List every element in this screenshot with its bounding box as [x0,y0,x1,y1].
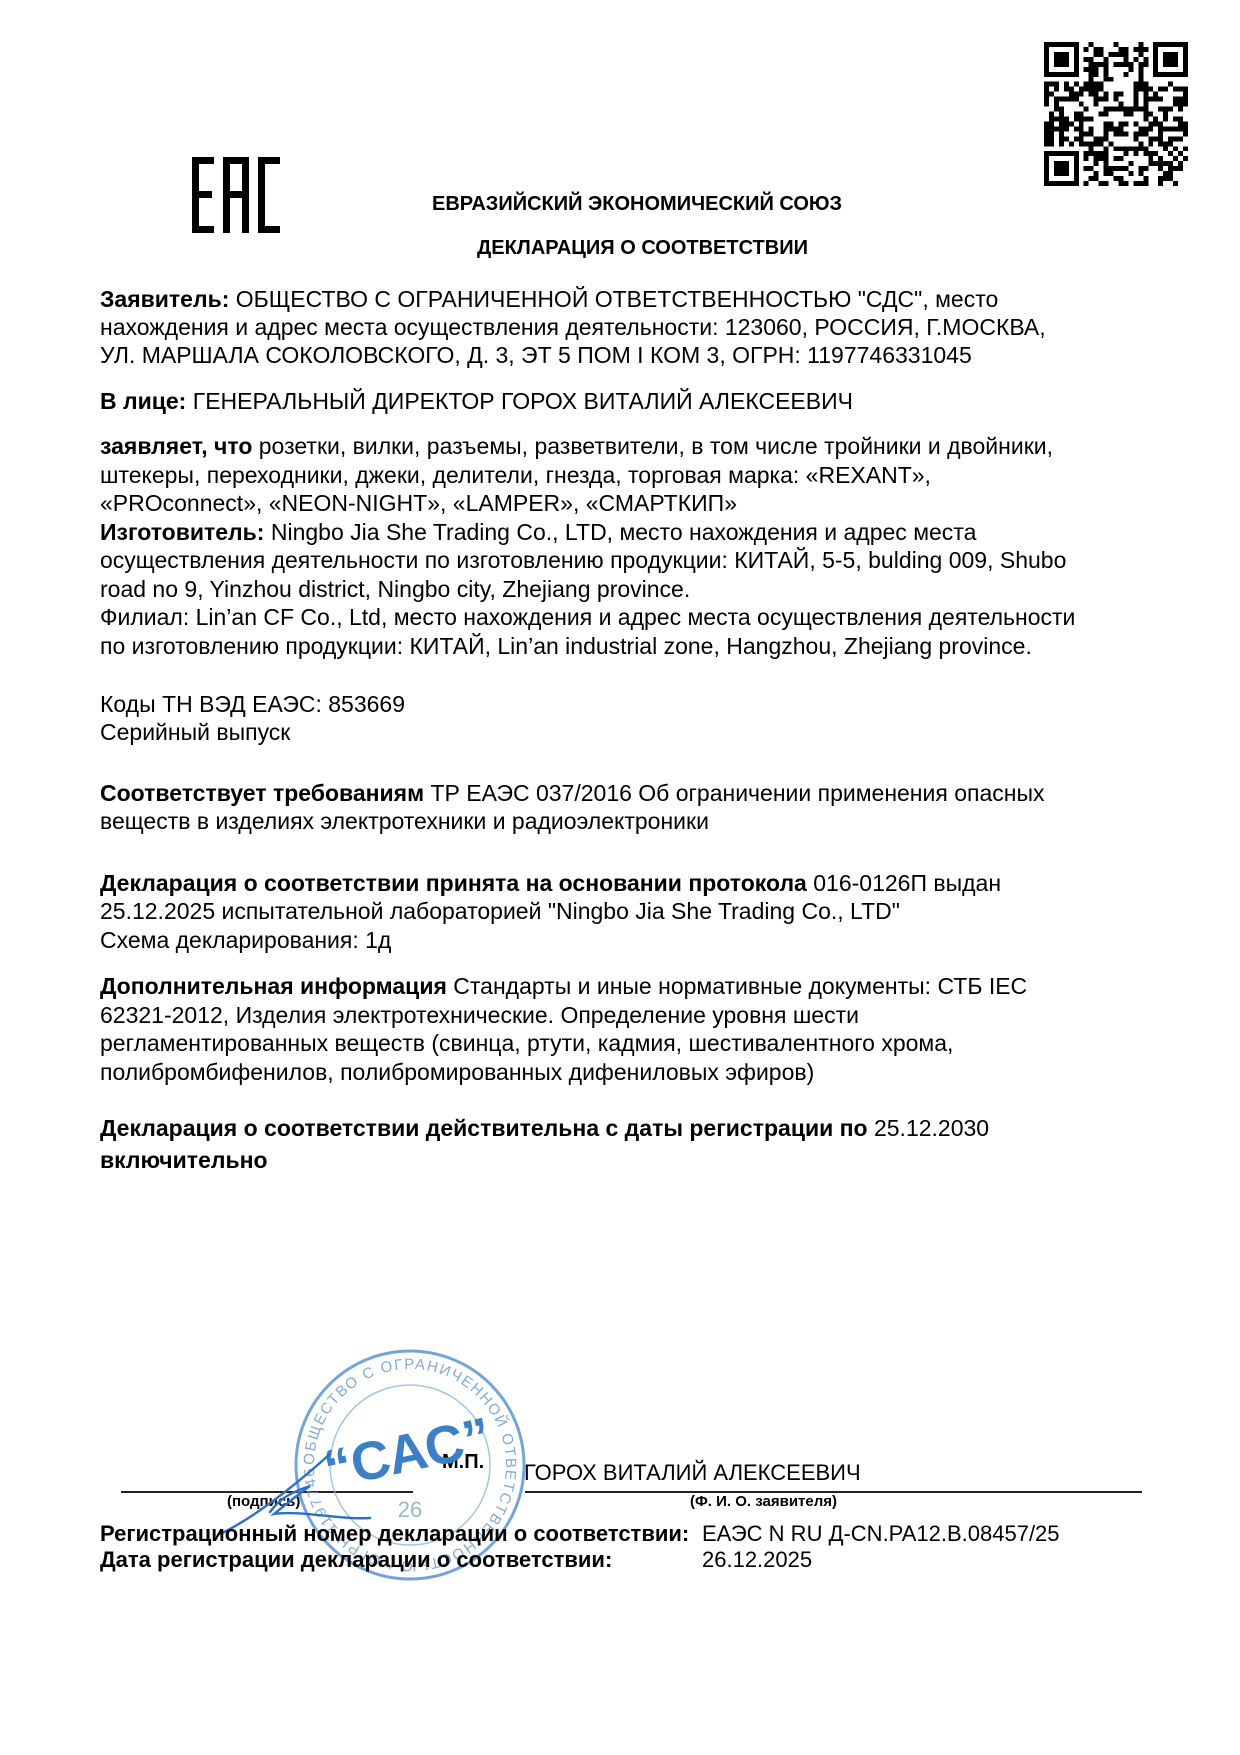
applicant-value: ОБЩЕСТВО С ОГРАНИЧЕННОЙ ОТВЕТСТВЕННОСТЬЮ… [229,286,998,312]
manufacturer-label: Изготовитель: [100,519,264,545]
signer-name: ГОРОХ ВИТАЛИЙ АЛЕКСЕЕВИЧ [524,1461,861,1485]
union-title: ЕВРАЗИЙСКИЙ ЭКОНОМИЧЕСКИЙ СОЮЗ [432,192,842,216]
validity-line-1: Декларация о соответствии действительна … [100,1114,989,1142]
manufacturer-value: Ningbo Jia She Trading Co., LTD, место н… [264,519,976,545]
svg-text:26: 26 [398,1497,422,1522]
additional-line-2: 62321-2012, Изделия электротехнические. … [100,1001,859,1029]
declaration-scheme: Схема декларирования: 1д [100,926,391,954]
manufacturer-line-2: осуществления деятельности по изготовлен… [100,546,1066,574]
additional-line-4: полибромбифенилов, полибромированных диф… [100,1058,814,1086]
branch-line-2: по изготовлению продукции: КИТАЙ, Lin’an… [100,632,1032,660]
compliance-value: ТР ЕАЭС 037/2016 Об ограничении применен… [424,780,1044,806]
validity-date: 25.12.2030 [868,1115,990,1141]
applicant-line-1: Заявитель: ОБЩЕСТВО С ОГРАНИЧЕННОЙ ОТВЕТ… [100,285,998,313]
declares-label: заявляет, что [100,433,252,459]
representative-label: В лице: [100,388,186,414]
compliance-line-2: веществ в изделиях электротехники и ради… [100,807,709,835]
representative-value: ГЕНЕРАЛЬНЫЙ ДИРЕКТОР ГОРОХ ВИТАЛИЙ АЛЕКС… [186,388,853,414]
declares-line-2: штекеры, переходники, джеки, делители, г… [100,461,931,489]
compliance-line-1: Соответствует требованиям ТР ЕАЭС 037/20… [100,779,1044,807]
declares-line-3: «PROconnect», «NEON-NIGHT», «LAMPER», «С… [100,489,737,517]
manufacturer-line-3: road no 9, Yinzhou district, Ningbo city… [100,575,690,603]
document-title: ДЕКЛАРАЦИЯ О СООТВЕТСТВИИ [477,236,808,260]
declares-value: розетки, вилки, разъемы, разветвители, в… [252,433,1053,459]
applicant-line-3: УЛ. МАРШАЛА СОКОЛОВСКОГО, Д. 3, ЭТ 5 ПОМ… [100,341,972,369]
compliance-label: Соответствует требованиям [100,780,424,806]
manufacturer-line-1: Изготовитель: Ningbo Jia She Trading Co.… [100,518,976,546]
tnved-codes: Коды ТН ВЭД ЕАЭС: 853669 [100,690,405,718]
registration-date-label: Дата регистрации декларации о соответств… [100,1547,612,1573]
eac-logo-icon [192,157,280,233]
representative-line: В лице: ГЕНЕРАЛЬНЫЙ ДИРЕКТОР ГОРОХ ВИТАЛ… [100,387,853,415]
branch-line-1: Филиал: Lin’an CF Co., Ltd, место нахожд… [100,603,1075,631]
declares-line-1: заявляет, что розетки, вилки, разъемы, р… [100,432,1053,460]
validity-label: Декларация о соответствии действительна … [100,1115,868,1141]
release-type: Серийный выпуск [100,718,290,746]
qr-code-icon[interactable] [1044,42,1188,186]
name-caption: (Ф. И. О. заявителя) [690,1493,837,1511]
basis-line-1: Декларация о соответствии принята на осн… [100,869,1001,897]
registration-number-value: ЕАЭС N RU Д-CN.PA12.B.08457/25 [702,1521,1060,1547]
applicant-label: Заявитель: [100,286,229,312]
applicant-line-2: нахождения и адрес места осуществления д… [100,313,1046,341]
registration-number-label: Регистрационный номер декларации о соотв… [100,1521,689,1547]
additional-label: Дополнительная информация [100,973,447,999]
basis-line-2: 25.12.2025 испытательной лабораторией "N… [100,897,900,925]
additional-line-1: Дополнительная информация Стандарты и ин… [100,972,1027,1000]
validity-line-2: включительно [100,1146,268,1174]
basis-label: Декларация о соответствии принята на осн… [100,870,807,896]
additional-line-3: регламентированных веществ (свинца, ртут… [100,1029,953,1057]
basis-value: 016-0126П выдан [807,870,1001,896]
additional-value: Стандарты и иные нормативные документы: … [447,973,1027,999]
registration-date-value: 26.12.2025 [702,1547,812,1573]
validity-inclusive: включительно [100,1147,268,1173]
